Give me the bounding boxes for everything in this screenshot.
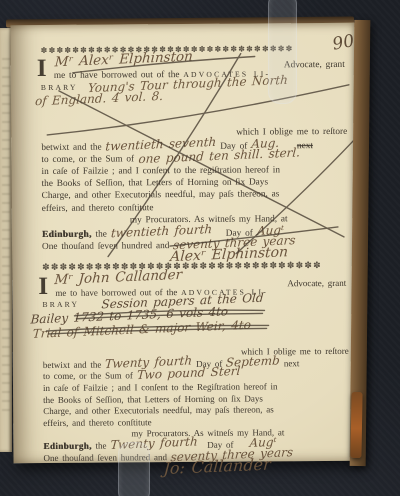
borrow-entry-elphinston: ✽✽✽✽✽✽✽✽✽✽✽✽✽✽✽✽✽✽✽✽✽✽✽✽✽✽✽✽✽✽✽✽ I Mʳ Al… bbox=[41, 43, 349, 263]
edinburgh-blackletter: Edinburgh, bbox=[42, 229, 92, 239]
book-weight-bottom bbox=[118, 442, 150, 496]
book-title-line2: of England. 4 vol. 8. bbox=[35, 92, 164, 106]
betwixt-text: betwixt and the bbox=[41, 142, 101, 152]
leather-binding-scrap bbox=[350, 392, 362, 458]
title-line: Trial of Mitchell & major Weir, 4to bbox=[43, 325, 349, 343]
signature-elphinston: Alexʳ Elphinston bbox=[170, 249, 288, 263]
borrower-name: Mʳ Alexʳ Elphinston bbox=[54, 53, 193, 68]
edinburgh-blackletter: Edinburgh, bbox=[43, 441, 91, 451]
betwixt-text: betwixt and the bbox=[43, 359, 102, 369]
borrower-name: Mʳ John Callander bbox=[54, 270, 182, 284]
next-text: next bbox=[284, 358, 300, 368]
to-come-text: to come, or the Sum of bbox=[41, 155, 134, 166]
brary-caps: brary bbox=[42, 300, 79, 309]
year-printed: One thouſand ſeven hundred and bbox=[42, 241, 169, 252]
signature-callander: Jo: Callander bbox=[163, 460, 271, 474]
book-weight-top bbox=[268, 0, 297, 104]
signature-line: Jo: Callander bbox=[44, 462, 350, 482]
the-text: the bbox=[95, 440, 106, 450]
to-come-text: to come, or the Sum of bbox=[43, 371, 133, 382]
title-line-2: of England. 4 vol. 8. bbox=[41, 93, 347, 111]
the-text: the bbox=[95, 229, 106, 239]
failzie-sum: Two pound Sterl bbox=[136, 367, 240, 380]
borrow-entry-callander: ✽✽✽✽✽✽✽✽✽✽✽✽✽✽✽✽✽✽✽✽✽✽✽✽✽✽✽✽✽✽✽✽ I Mʳ Jo… bbox=[42, 261, 349, 461]
failzie-sum: one pound ten shill. sterl. bbox=[138, 149, 300, 165]
signed-day: twentieth fourth bbox=[110, 225, 212, 238]
register-page: 90 ✽✽✽✽✽✽✽✽✽✽✽✽✽✽✽✽✽✽✽✽✽✽✽✽✽✽✽✽✽✽✽✽ I Mʳ… bbox=[10, 23, 359, 463]
showthrough-text bbox=[2, 58, 10, 418]
brary-caps: brary bbox=[41, 83, 78, 92]
